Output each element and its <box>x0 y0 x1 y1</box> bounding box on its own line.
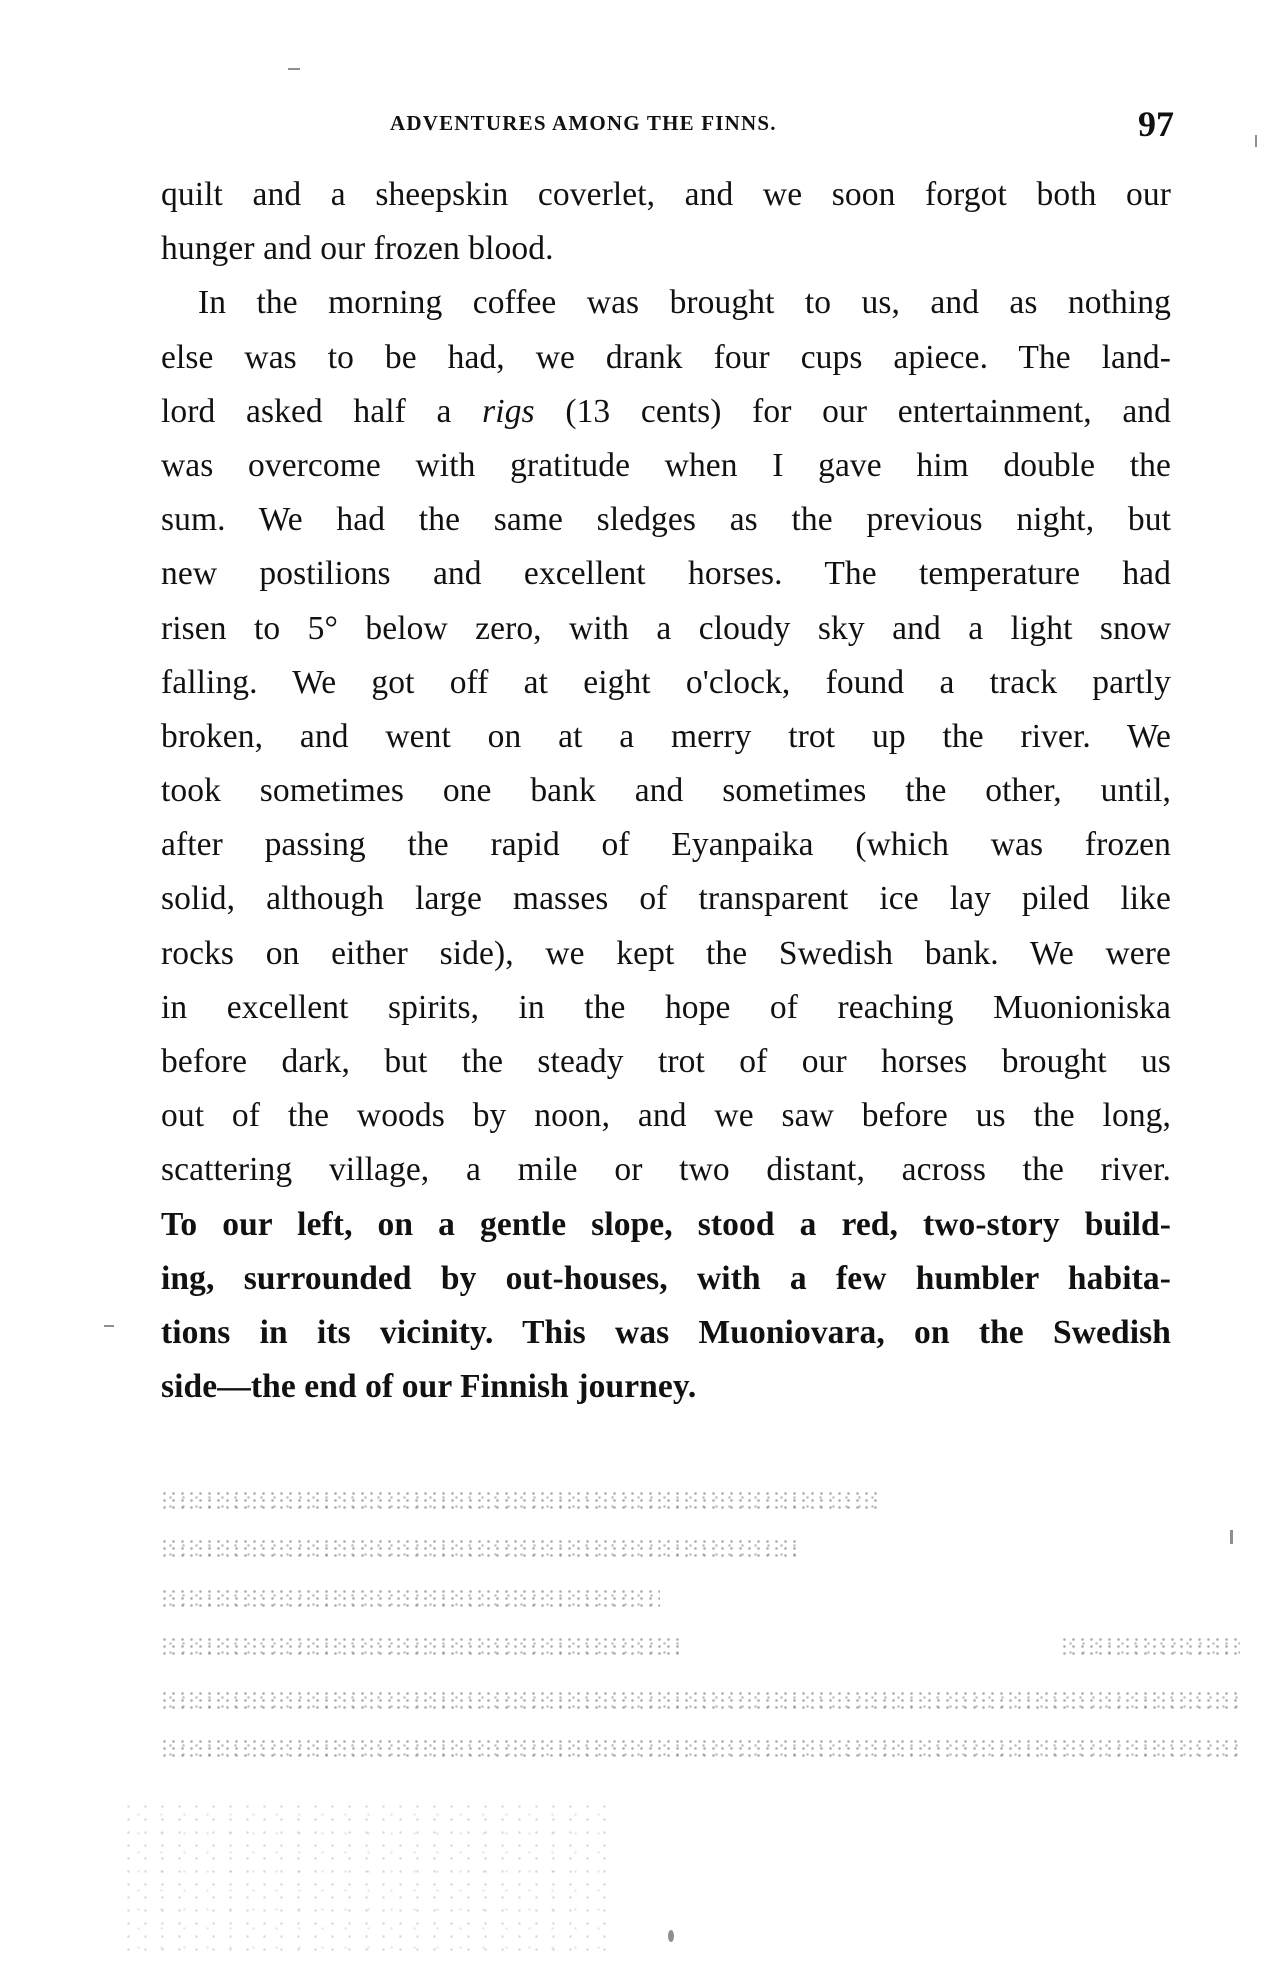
ink-speck <box>1230 1530 1233 1544</box>
text-line: before dark, but the steady trot of our … <box>161 1035 1171 1089</box>
text-line: after passing the rapid of Eyanpaika (wh… <box>161 818 1171 872</box>
show-through-noise <box>160 1690 1240 1712</box>
text-line: tions in its vicinity. This was Muoniova… <box>161 1306 1171 1360</box>
page-number: 97 <box>1138 103 1170 145</box>
text-line: lord asked half a rigs (13 cents) for ou… <box>161 385 1171 439</box>
text-line: falling. We got off at eight o'clock, fo… <box>161 656 1171 710</box>
ink-speck <box>668 1930 674 1942</box>
paragraph-start-line: In the morning coffee was brought to us,… <box>161 276 1171 330</box>
text-line: in excellent spirits, in the hope of rea… <box>161 981 1171 1035</box>
text-line: else was to be had, we drank four cups a… <box>161 331 1171 385</box>
text-line: rocks on either side), we kept the Swedi… <box>161 927 1171 981</box>
show-through-noise <box>160 1490 880 1512</box>
book-page: ADVENTURES AMONG THE FINNS. 97 quilt and… <box>0 0 1269 1962</box>
text-line: To our left, on a gentle slope, stood a … <box>161 1198 1171 1252</box>
text-line: risen to 5° below zero, with a cloudy sk… <box>161 602 1171 656</box>
show-through-noise <box>160 1588 660 1610</box>
text-line: out of the woods by noon, and we saw bef… <box>161 1089 1171 1143</box>
text-line: hunger and our frozen blood. <box>161 222 1171 276</box>
italic-term: rigs <box>482 393 535 430</box>
text-line: sum. We had the same sledges as the prev… <box>161 493 1171 547</box>
text-line: took sometimes one bank and sometimes th… <box>161 764 1171 818</box>
text-fragment: lord asked half a <box>161 393 482 430</box>
text-line: ing, surrounded by out-houses, with a fe… <box>161 1252 1171 1306</box>
text-line: broken, and went on at a merry trot up t… <box>161 710 1171 764</box>
text-line: quilt and a sheepskin coverlet, and we s… <box>161 168 1171 222</box>
ink-speck <box>104 1325 114 1327</box>
text-fragment: (13 cents) for our entertainment, and <box>535 393 1171 430</box>
show-through-noise <box>160 1636 680 1658</box>
text-line: scattering village, a mile or two distan… <box>161 1143 1171 1197</box>
text-line: side—the end of our Finnish journey. <box>161 1360 1171 1414</box>
ink-speck <box>288 68 300 70</box>
show-through-noise <box>1060 1636 1240 1658</box>
show-through-noise <box>160 1738 1240 1760</box>
show-through-noise <box>160 1538 800 1560</box>
text-line: new postilions and excellent horses. The… <box>161 547 1171 601</box>
body-text: quilt and a sheepskin coverlet, and we s… <box>161 168 1171 1414</box>
text-line: was overcome with gratitude when I gave … <box>161 439 1171 493</box>
scan-speckle-area <box>120 1800 620 1960</box>
text-line: solid, although large masses of transpar… <box>161 872 1171 926</box>
ink-speck <box>1255 135 1257 147</box>
running-title: ADVENTURES AMONG THE FINNS. <box>390 111 777 136</box>
running-head: ADVENTURES AMONG THE FINNS. 97 <box>160 103 1170 143</box>
